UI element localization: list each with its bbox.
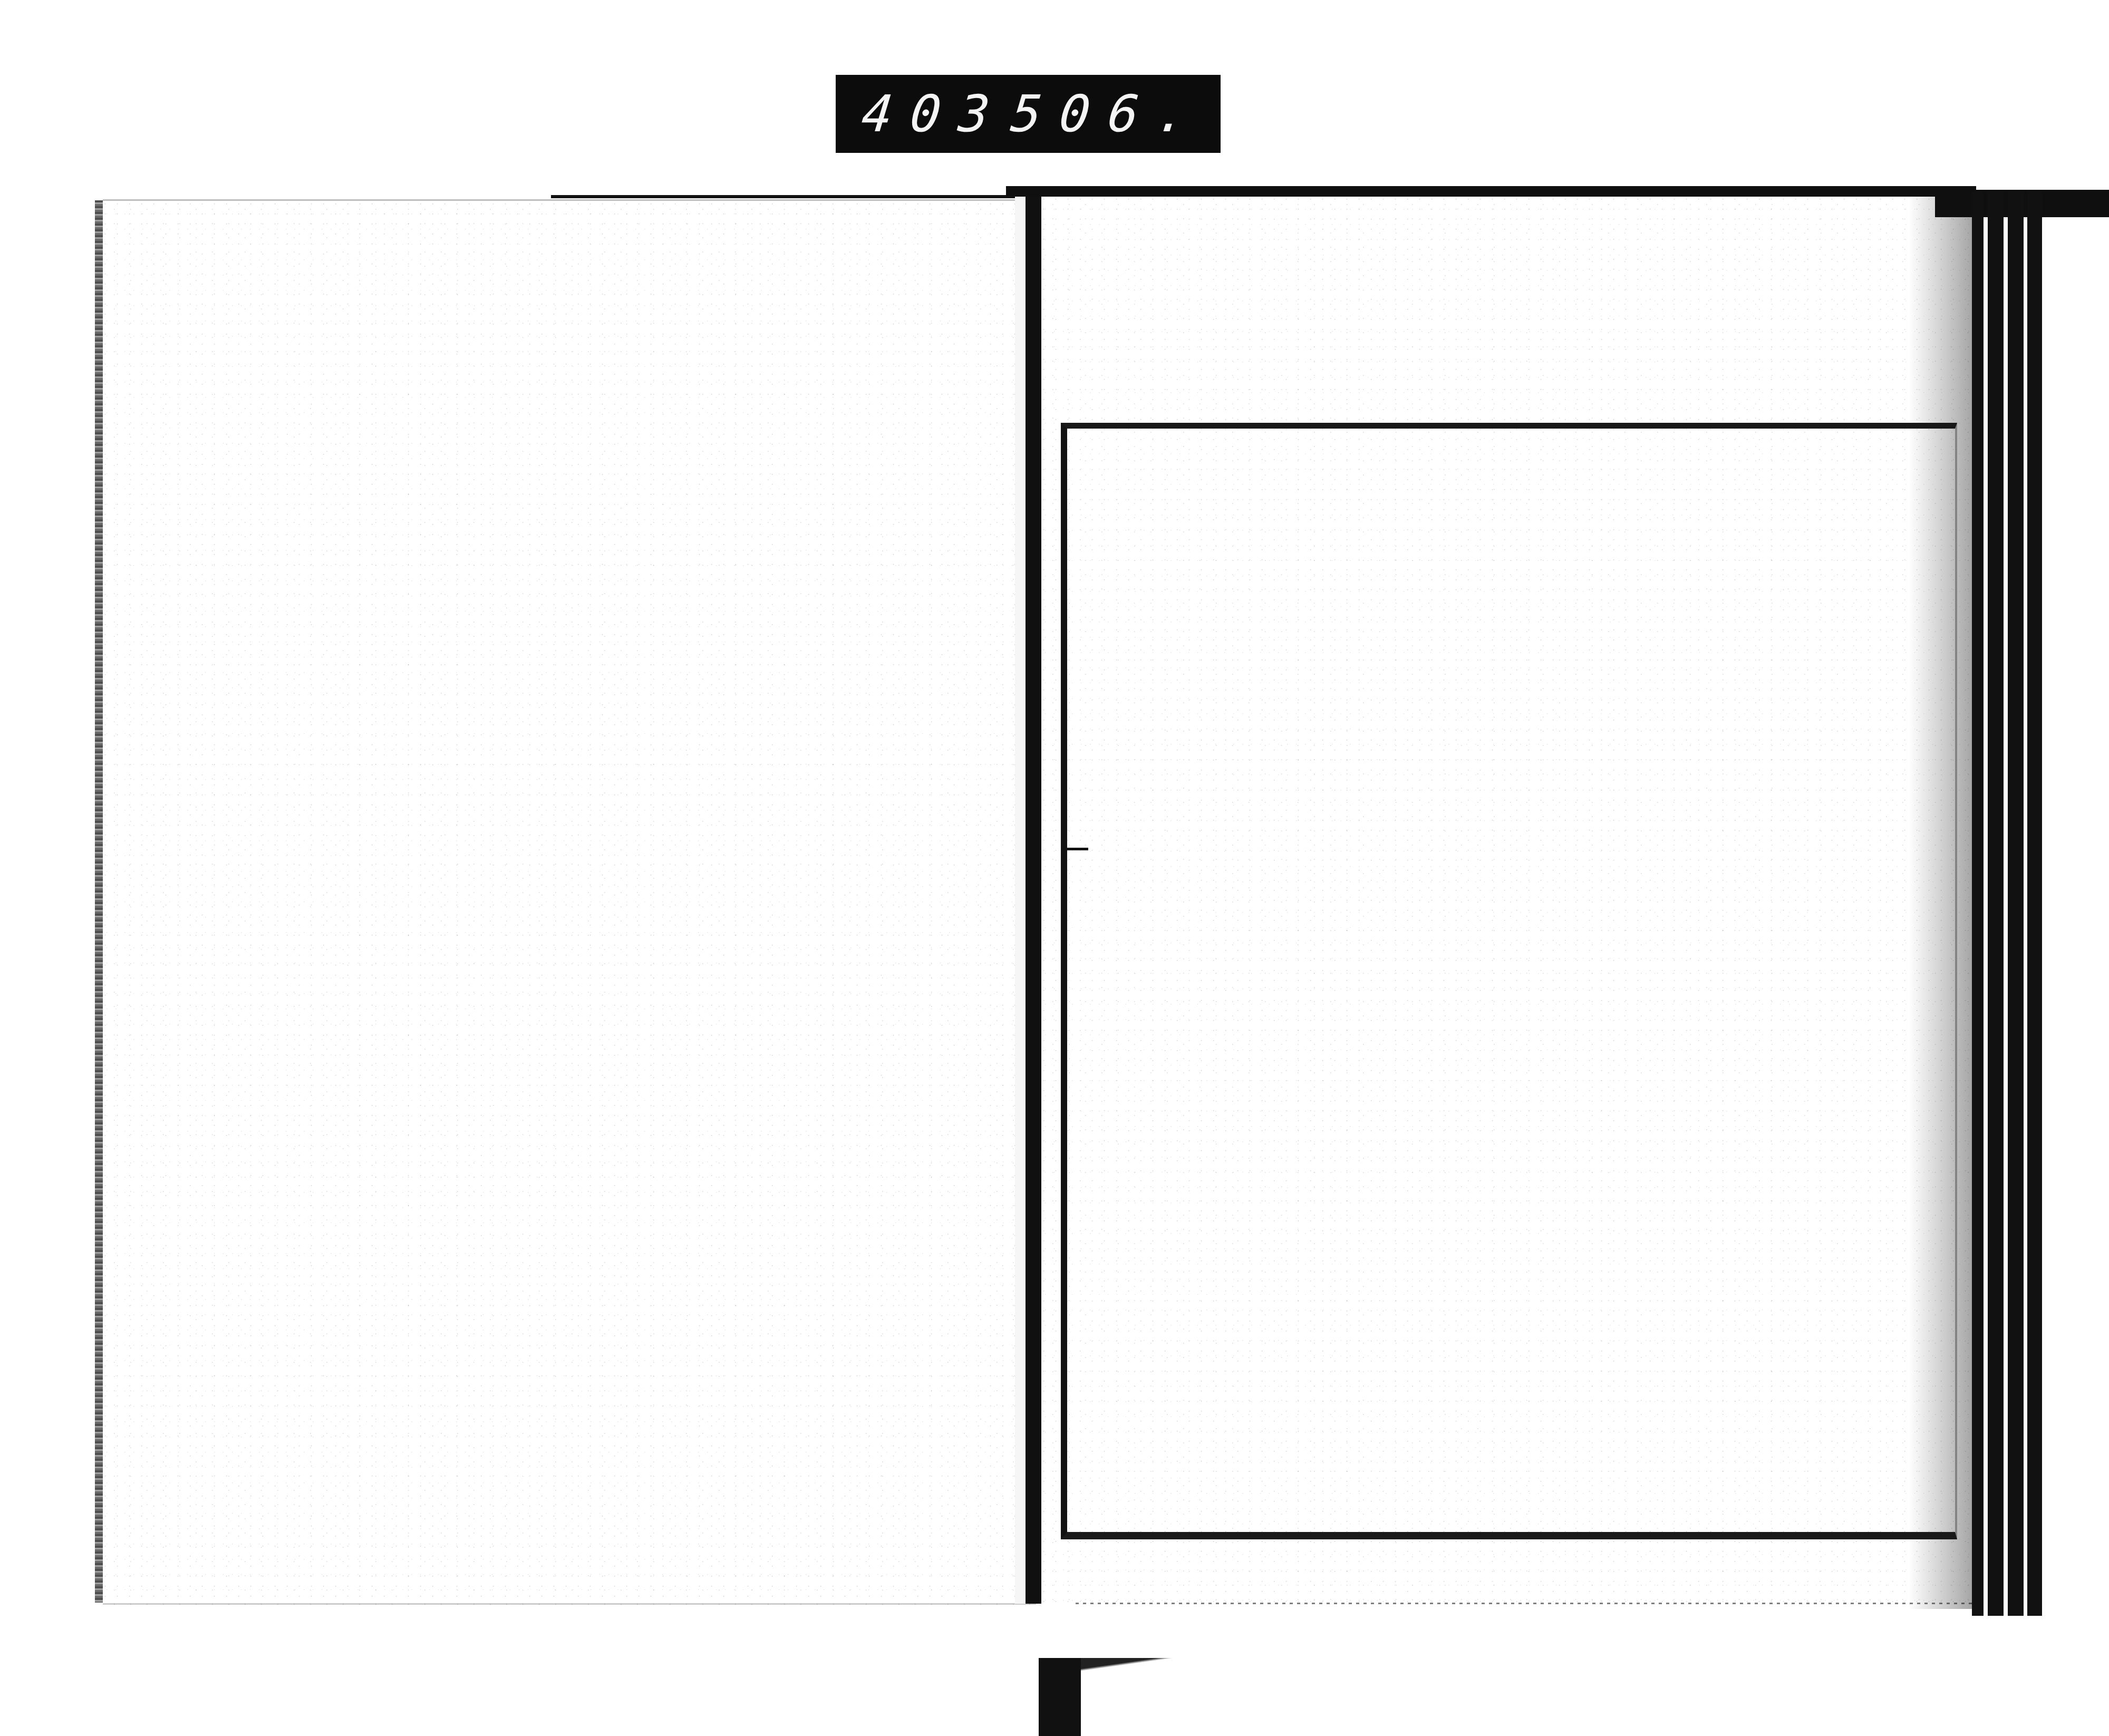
left-page (103, 199, 1036, 1605)
frame-number-right: 506. (1008, 84, 1208, 143)
right-page-top-rule (1006, 186, 1976, 197)
right-page-inner-frame (1061, 423, 1957, 1539)
page-edge (2008, 192, 2024, 1616)
gutter-bottom-wedge (1081, 1658, 1355, 1679)
page-edge (1972, 192, 1984, 1616)
page-stack-edges (1972, 192, 2051, 1616)
gutter-highlight (1015, 196, 1026, 1604)
gutter-bottom-block (1039, 1658, 1081, 1736)
gutter-shadow (1026, 196, 1041, 1604)
page-edge (1988, 192, 2004, 1616)
right-page-bottom-edge (1076, 1603, 1972, 1604)
inner-frame-tick-mark (1067, 848, 1088, 850)
page-edge (2027, 192, 2042, 1616)
frame-label: 403 506. (836, 75, 1221, 153)
left-page-top-rule (551, 195, 1033, 198)
frame-number-left: 403 (859, 84, 1010, 143)
